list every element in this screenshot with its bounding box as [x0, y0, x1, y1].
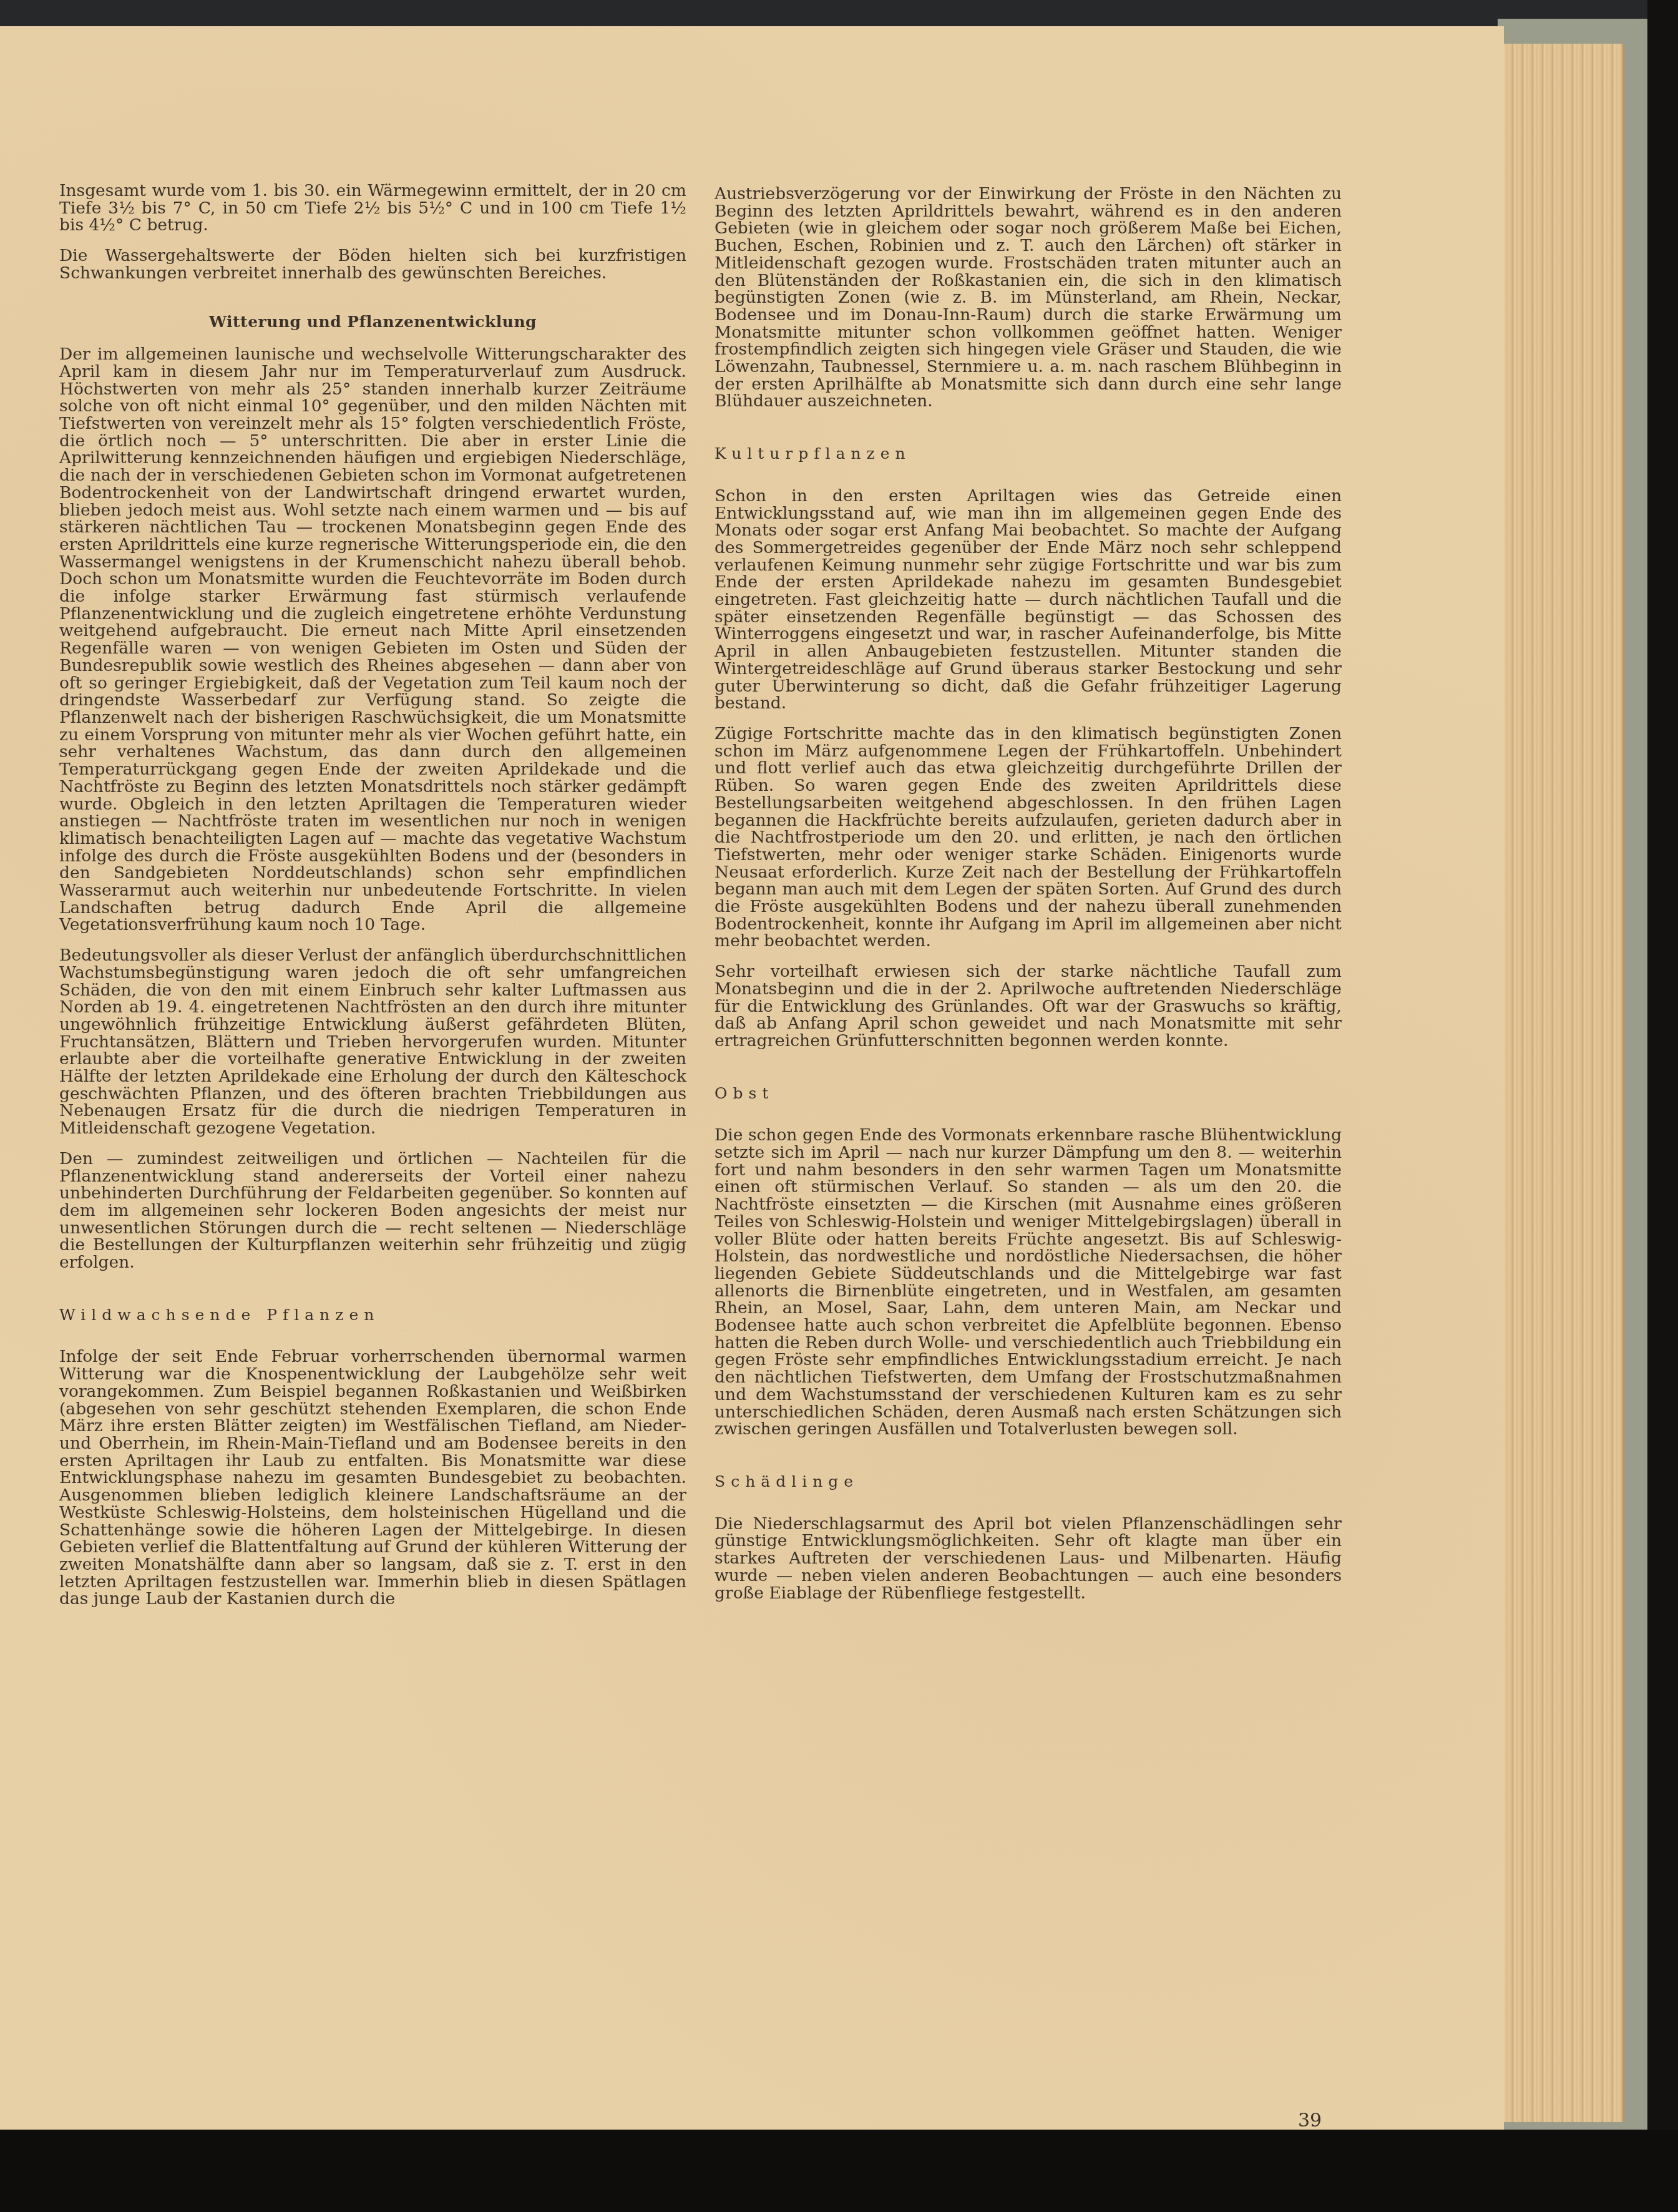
book-page: Insgesamt wurde vom 1. bis 30. ein Wärme… — [0, 26, 1504, 2130]
scan-background-top — [0, 0, 1678, 26]
page-number: 39 — [1298, 2110, 1322, 2131]
section-heading-schaedlinge: Schädlinge — [715, 1473, 1342, 1490]
kulturpflanzen-paragraph-2: Zügige Fortschritte machte das in den kl… — [715, 725, 1342, 950]
kulturpflanzen-paragraph-1: Schon in den ersten Apriltagen wies das … — [715, 487, 1342, 712]
right-column: Austriebsverzögerung vor der Einwirkung … — [715, 185, 1342, 1615]
section-heading-witterung: Witterung und Pflanzenentwicklung — [59, 313, 686, 331]
scan-background-bottom — [0, 2130, 1678, 2212]
page-stack-edge — [1498, 44, 1624, 2122]
section-heading-obst: Obst — [715, 1085, 1342, 1102]
wildwachsende-paragraph-1: Infolge der seit Ende Februar vorherrsch… — [59, 1348, 686, 1608]
section-heading-wildwachsende: Wildwachsende Pflanzen — [59, 1306, 686, 1324]
intro-paragraph-1: Insgesamt wurde vom 1. bis 30. ein Wärme… — [59, 182, 686, 234]
kulturpflanzen-paragraph-3: Sehr vorteilhaft erwiesen sich der stark… — [715, 963, 1342, 1050]
witterung-paragraph-1: Der im allgemeinen launische und wechsel… — [59, 346, 686, 934]
witterung-paragraph-3: Den — zumindest zeitweiligen und örtlich… — [59, 1150, 686, 1271]
left-column: Insgesamt wurde vom 1. bis 30. ein Wärme… — [59, 182, 686, 1621]
schaedlinge-paragraph-1: Die Niederschlagsarmut des April bot vie… — [715, 1515, 1342, 1602]
book-cover-edge — [1647, 0, 1678, 2212]
continuation-paragraph: Austriebsverzögerung vor der Einwirkung … — [715, 185, 1342, 410]
section-heading-kulturpflanzen: Kulturpflanzen — [715, 445, 1342, 462]
witterung-paragraph-2: Bedeutungsvoller als dieser Verlust der … — [59, 947, 686, 1137]
intro-paragraph-2: Die Wassergehaltswerte der Böden hielten… — [59, 247, 686, 281]
obst-paragraph-1: Die schon gegen Ende des Vormonats erken… — [715, 1127, 1342, 1438]
